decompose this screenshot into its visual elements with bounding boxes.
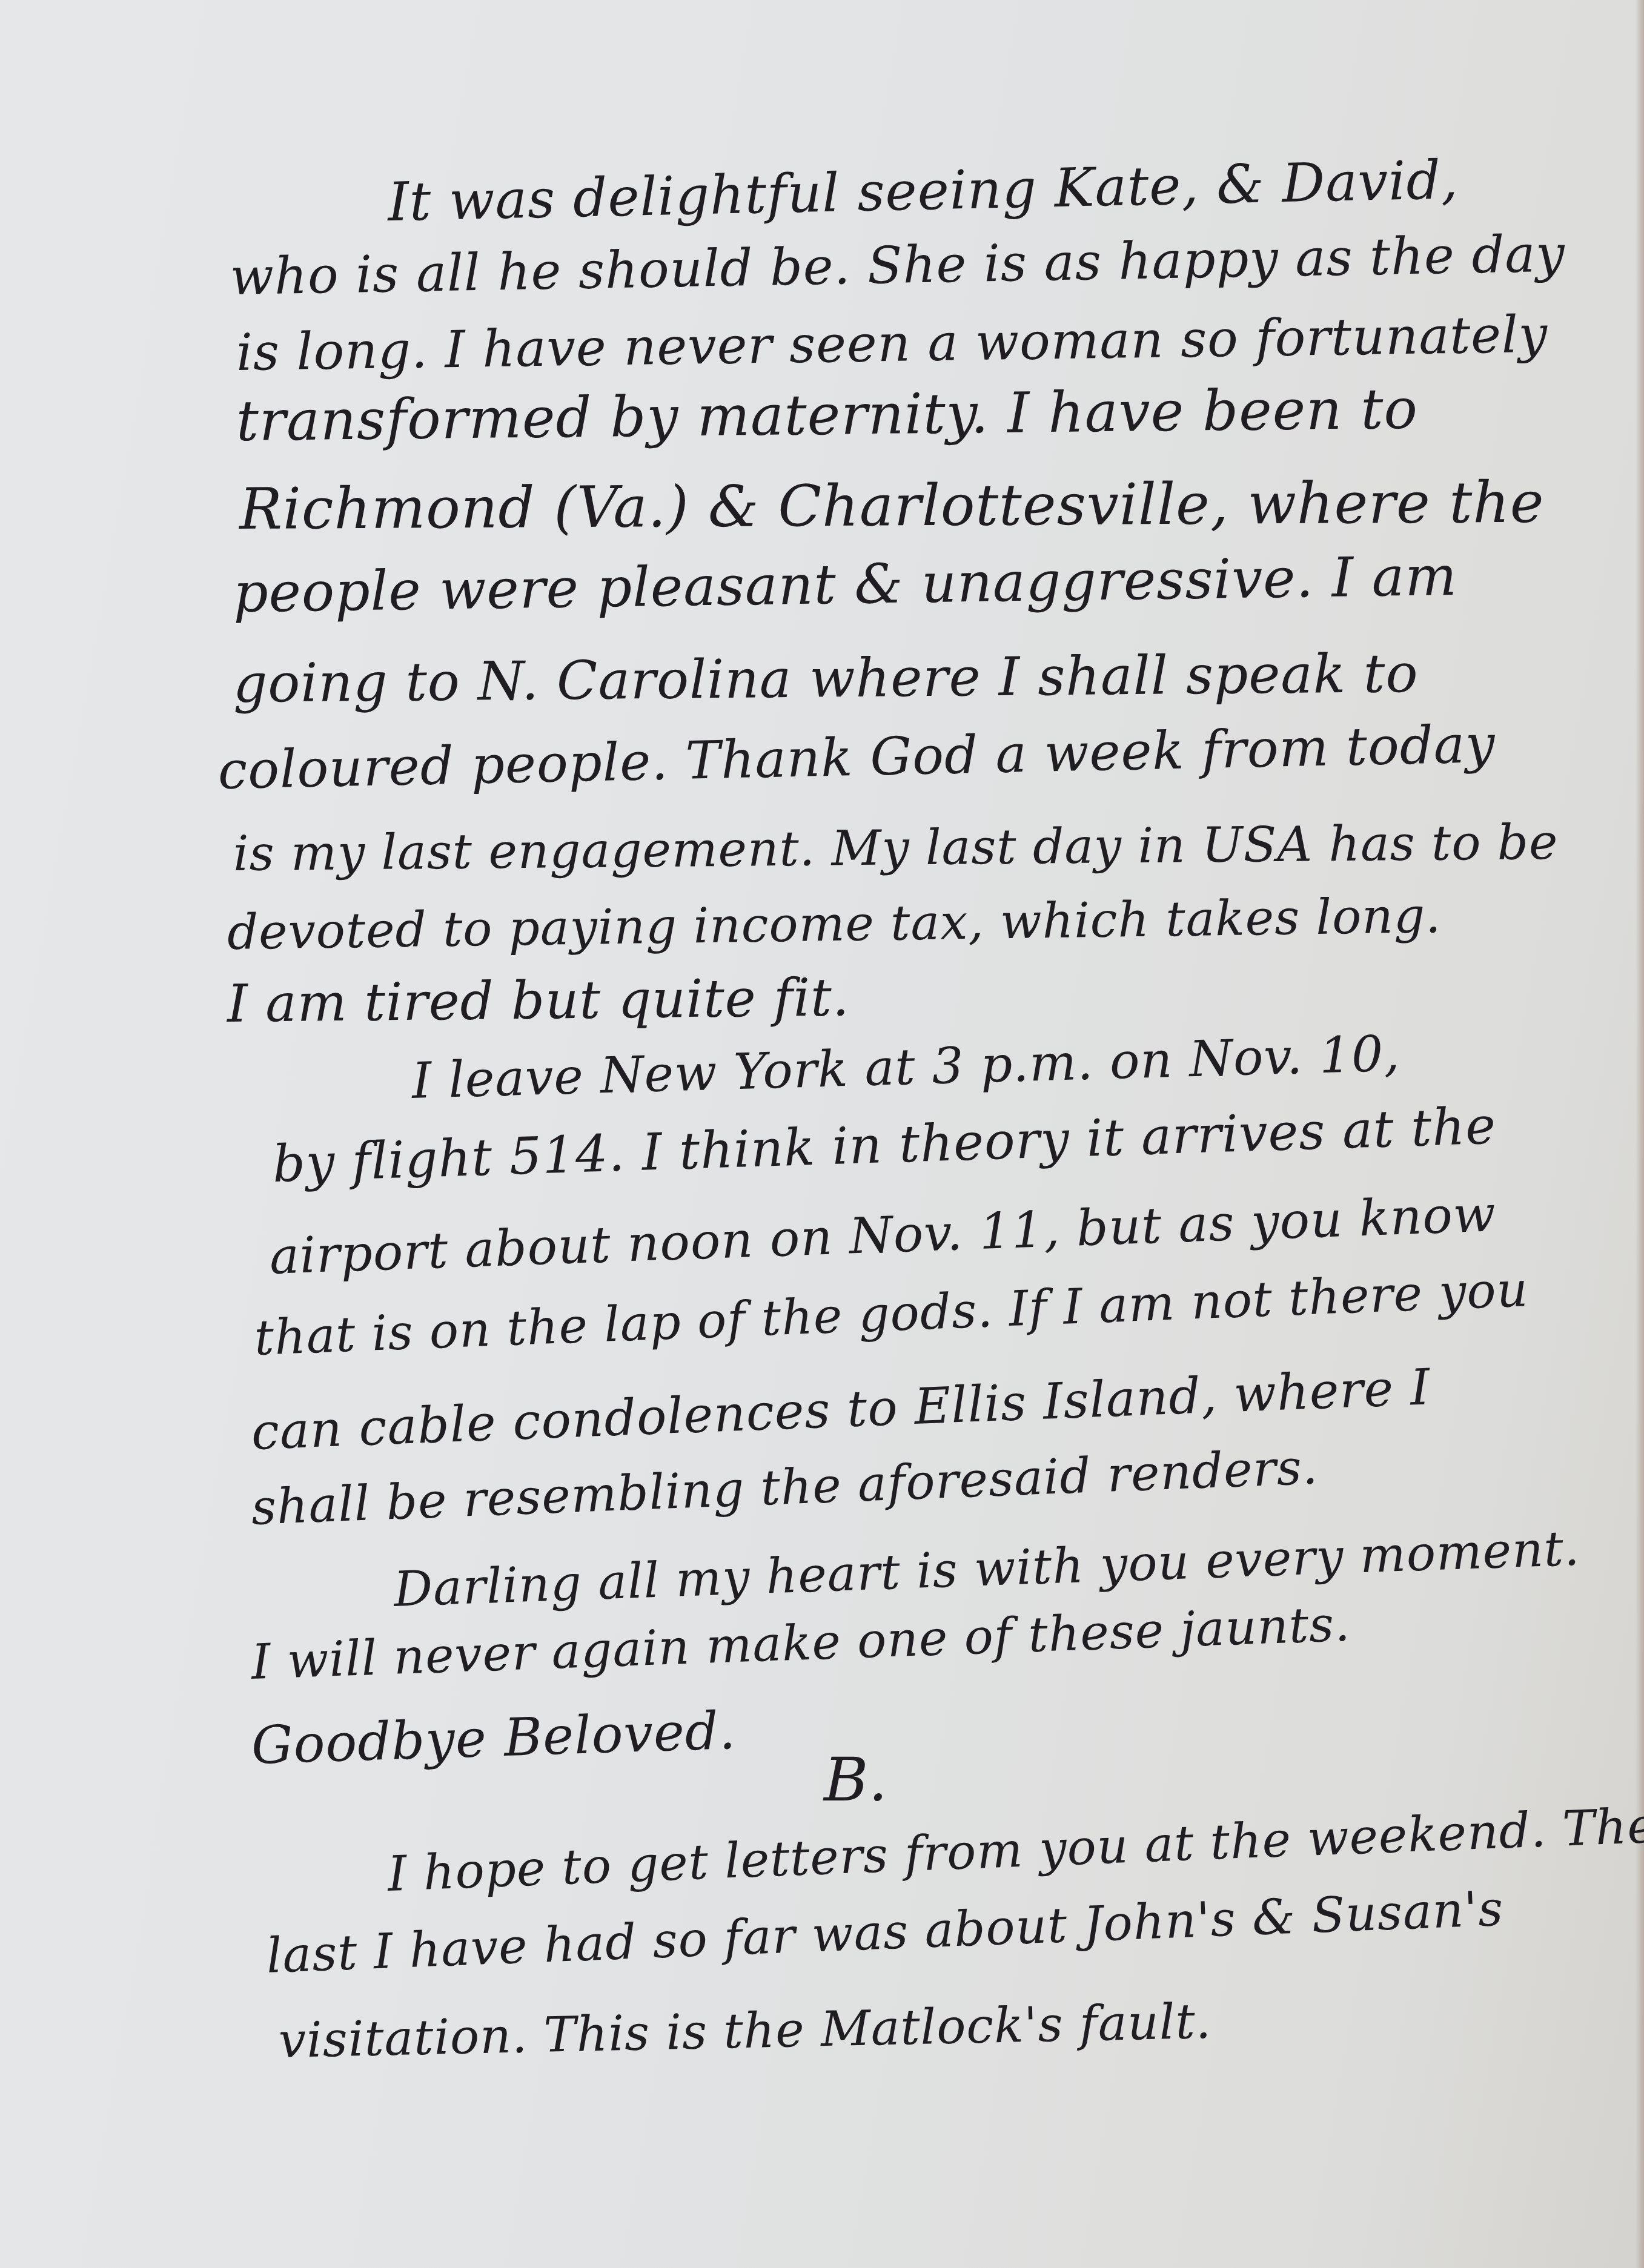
letter-line: airport about noon on Nov. 11, but as yo… — [269, 1189, 1497, 1282]
letter-line: shall be resembling the aforesaid render… — [250, 1443, 1319, 1532]
letter-line: is my last engagement. My last day in US… — [233, 818, 1559, 878]
letter-line: coloured people. Thank God a week from t… — [217, 718, 1496, 797]
letter-line: I am tired but quite fit. — [227, 971, 850, 1030]
letter-line: by flight 514. I think in theory it arri… — [272, 1100, 1497, 1189]
signature-initial: B. — [824, 1744, 887, 1815]
letter-line: Goodbye Beloved. — [251, 1705, 737, 1772]
letter-line: who is all he should be. She is as happy… — [230, 228, 1565, 302]
postscript-line: visitation. This is the Matlock's fault. — [278, 1997, 1212, 2065]
letter-line: Darling all my heart is with you every m… — [393, 1524, 1581, 1614]
letter-page: It was delightful seeing Kate, & David, … — [0, 0, 1644, 2268]
letter-line: that is on the lap of the gods. If I am … — [253, 1265, 1529, 1363]
letter-line: It was delightful seeing Kate, & David, — [387, 153, 1459, 229]
letter-line: people were pleasant & unaggressive. I a… — [233, 549, 1457, 621]
letter-line: Richmond (Va.) & Charlottesville, where … — [239, 475, 1545, 538]
letter-body: It was delightful seeing Kate, & David, … — [0, 0, 1644, 2268]
letter-line: is long. I have never seen a woman so fo… — [236, 309, 1548, 378]
letter-line: I leave New York at 3 p.m. on Nov. 10, — [411, 1029, 1401, 1106]
letter-line: going to N. Carolina where I shall speak… — [233, 647, 1419, 710]
letter-line: transformed by maternity. I have been to — [236, 382, 1419, 449]
letter-line: devoted to paying income tax, which take… — [227, 891, 1441, 957]
